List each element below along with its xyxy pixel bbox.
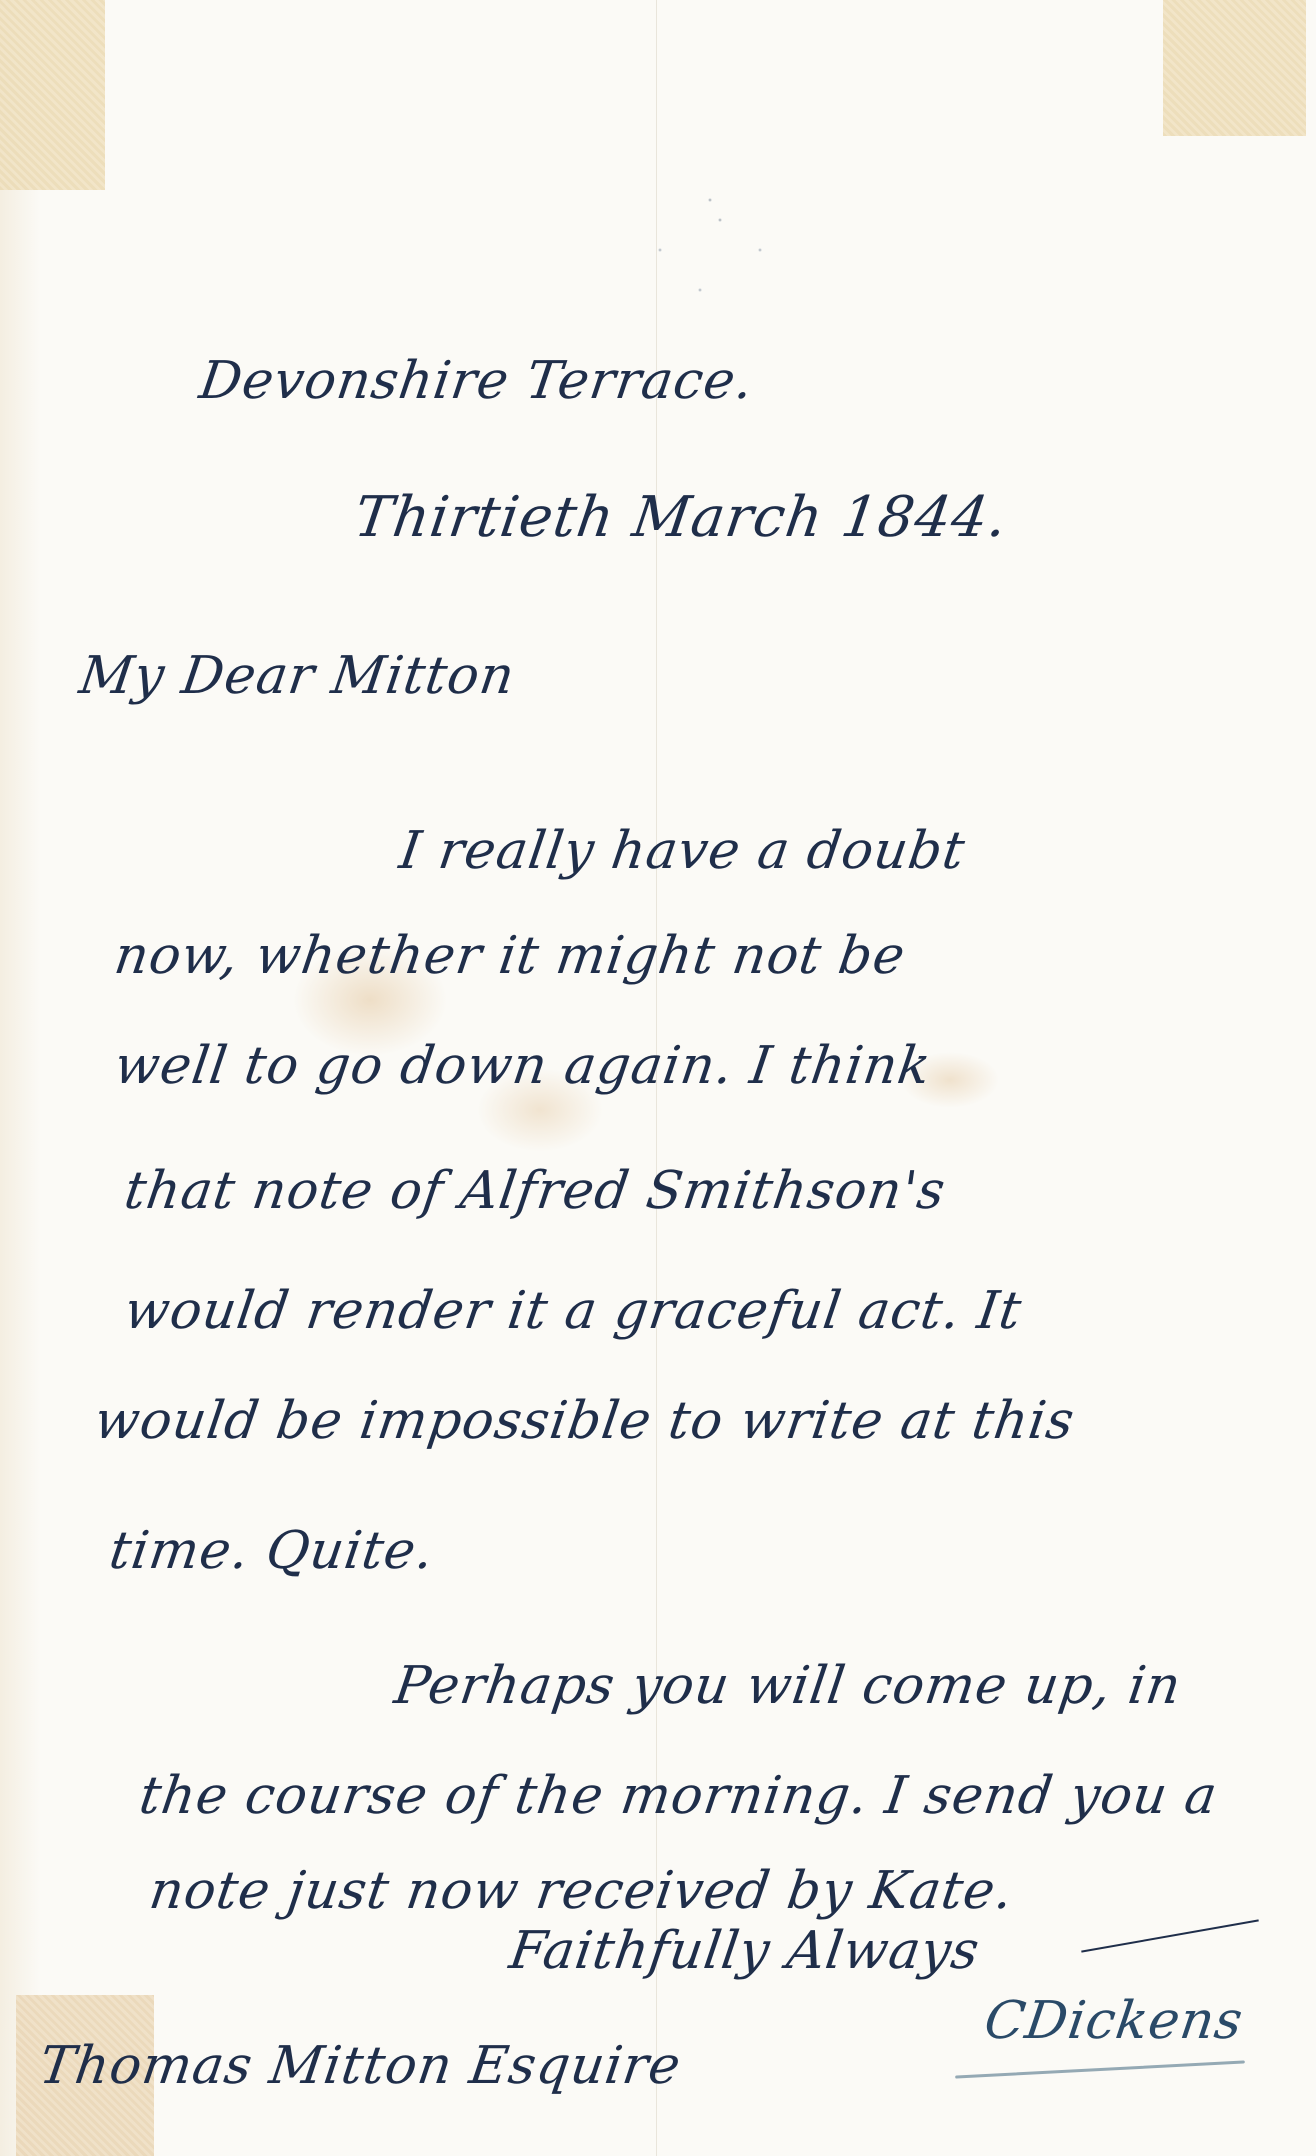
strikethrough-mark bbox=[1081, 1919, 1259, 1952]
signature: CDickens bbox=[981, 1995, 1246, 2047]
body-line: note just now received by Kate. bbox=[146, 1865, 1016, 1917]
body-line: Perhaps you will come up, in bbox=[391, 1660, 1184, 1712]
address-line: Devonshire Terrace. bbox=[196, 355, 756, 407]
signature-underline bbox=[955, 2060, 1245, 2078]
letter-page: Devonshire Terrace. Thirtieth March 1844… bbox=[0, 0, 1316, 2156]
tape-top-left bbox=[0, 0, 105, 190]
body-line: now, whether it might not be bbox=[111, 930, 908, 982]
closing: Faithfully Always bbox=[506, 1925, 983, 1977]
addressee-line: Thomas Mitton Esquire bbox=[36, 2040, 684, 2092]
date-line: Thirtieth March 1844. bbox=[351, 490, 1011, 546]
body-line: I really have a doubt bbox=[396, 825, 968, 877]
body-line: time. Quite. bbox=[106, 1525, 437, 1577]
salutation: My Dear Mitton bbox=[76, 650, 518, 702]
embossed-letterhead bbox=[560, 170, 800, 320]
tape-top-right bbox=[1163, 0, 1306, 136]
body-line: would be impossible to write at this bbox=[91, 1395, 1077, 1447]
body-line: that note of Alfred Smithson's bbox=[121, 1165, 948, 1217]
body-line: the course of the morning. I send you a bbox=[136, 1770, 1221, 1822]
body-line: well to go down again. I think bbox=[111, 1040, 934, 1092]
body-line: would render it a graceful act. It bbox=[121, 1285, 1025, 1337]
